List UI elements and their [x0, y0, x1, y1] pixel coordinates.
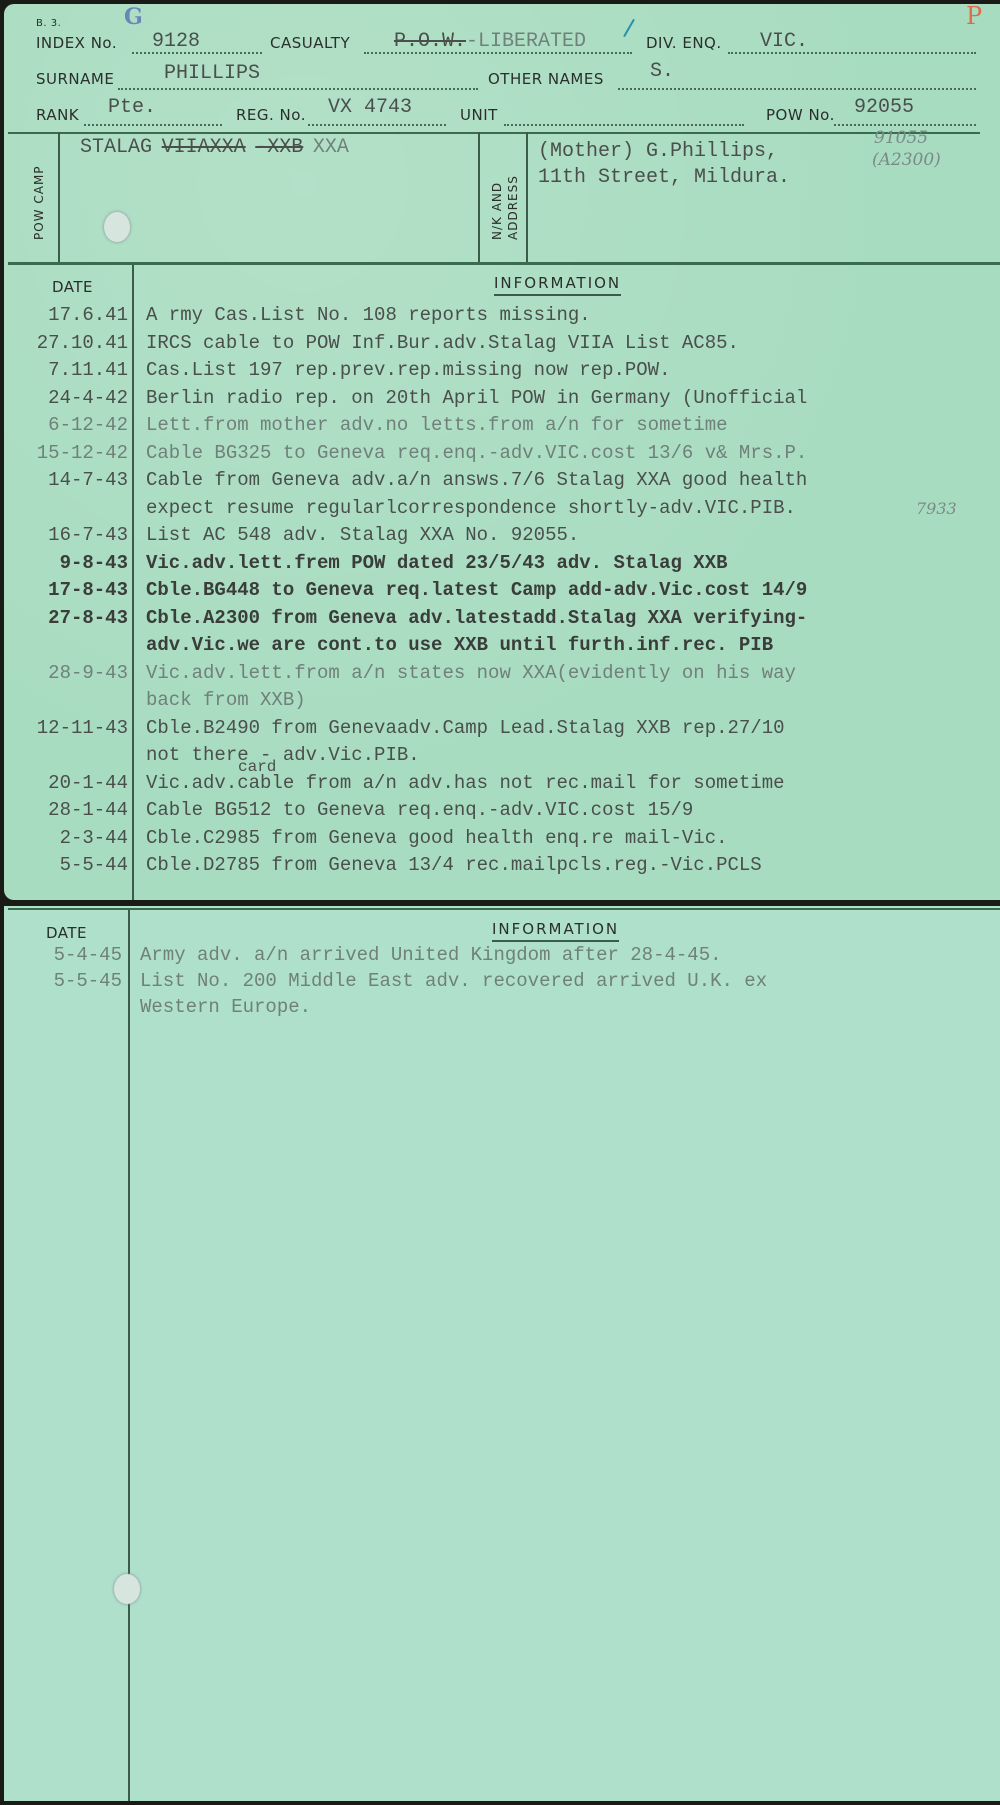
entry-text: not there - adv.Vic.PIB.: [146, 744, 420, 766]
rank-label: RANK: [36, 106, 79, 124]
divider-address-right: [526, 132, 528, 262]
pow-no-dots: [834, 124, 976, 126]
entry-date: 24-4-42: [4, 387, 128, 409]
entry-text: Cble.C2985 from Geneva good health enq.r…: [146, 827, 728, 849]
surname-label: SURNAME: [36, 70, 114, 88]
blue-check-mark: [623, 19, 635, 37]
entry-date: 5-5-45: [4, 970, 122, 992]
entry-text: Cable BG325 to Geneva req.enq.-adv.VIC.c…: [146, 442, 807, 464]
entry-text: Lett.from mother adv.no letts.from a/n f…: [146, 414, 728, 436]
form-code: B. 3.: [36, 18, 61, 29]
entry-text: back from XXB): [146, 689, 306, 711]
entry-text: IRCS cable to POW Inf.Bur.adv.Stalag VII…: [146, 332, 739, 354]
casualty-value: -LIBERATED: [466, 30, 586, 53]
nk-and-label: N/K AND: [490, 182, 504, 240]
entry-date: 28-9-43: [4, 662, 128, 684]
pow-no-label: POW No.: [766, 106, 835, 124]
entry-text: Cable BG512 to Geneva req.enq.-adv.VIC.c…: [146, 799, 693, 821]
entry-date: 14-7-43: [4, 469, 128, 491]
entry-text: List No. 200 Middle East adv. recovered …: [140, 970, 767, 992]
unit-dots: [504, 124, 744, 126]
other-names-label: OTHER NAMES: [488, 70, 604, 88]
divider-date-2: [128, 910, 130, 1801]
entry-text: Vic.adv.lett.frem POW dated 23/5/43 adv.…: [146, 552, 728, 574]
entry-date: 17-8-43: [4, 579, 128, 601]
other-names-dots: [618, 88, 976, 90]
entry-text: Cble.A2300 from Geneva adv.latestadd.Sta…: [146, 607, 807, 629]
pow-camp-current: XXA: [313, 136, 349, 159]
pow-camp-struck-2: XXA: [210, 136, 246, 159]
div-enq-value: VIC.: [760, 30, 808, 53]
entry-text: Western Europe.: [140, 996, 311, 1018]
punch-hole-2: [114, 1574, 140, 1604]
reg-no-value: VX 4743: [328, 96, 412, 119]
divider-top-2: [8, 908, 1000, 910]
divider-camp-label: [58, 132, 60, 262]
entry-text: Cble.B2490 from Genevaadv.Camp Lead.Stal…: [146, 717, 785, 739]
divider-date: [132, 265, 134, 900]
nk-address-line-2: 11th Street, Mildura.: [538, 166, 790, 189]
pow-camp-value: STALAG VIIAXXA -XXB XXA: [80, 136, 349, 159]
handwritten-note-2: (A2300): [872, 150, 941, 170]
index-letter: G: [124, 4, 143, 30]
entry-handwritten-note: 7933: [916, 499, 957, 518]
surname-value: PHILLIPS: [164, 62, 260, 85]
entry-date: 17.6.41: [4, 304, 128, 326]
entry-date: 27-8-43: [4, 607, 128, 629]
entry-date: 9-8-43: [4, 552, 128, 574]
entry-text: List AC 548 adv. Stalag XXA No. 92055.: [146, 524, 579, 546]
date-header: DATE: [52, 278, 93, 296]
entry-date: 5-5-44: [4, 854, 128, 876]
pow-camp-label: POW CAMP: [32, 165, 46, 240]
entry-date: 7.11.41: [4, 359, 128, 381]
entry-date: 6-12-42: [4, 414, 128, 436]
entry-text: Cable from Geneva adv.a/n answs.7/6 Stal…: [146, 469, 807, 491]
divider-info: [8, 262, 1000, 265]
entry-text: Vic.adv.lett.from a/n states now XXA(evi…: [146, 662, 796, 684]
entry-text: Berlin radio rep. on 20th April POW in G…: [146, 387, 807, 409]
divider-top: [8, 132, 980, 134]
entry-date: 27.10.41: [4, 332, 128, 354]
entry-date: 15-12-42: [4, 442, 128, 464]
corner-mark: P: [966, 2, 982, 30]
entry-text: Cas.List 197 rep.prev.rep.missing now re…: [146, 359, 671, 381]
pow-camp-struck-3: -XXB: [255, 136, 303, 159]
reg-no-label: REG. No.: [236, 106, 306, 124]
date-header-2: DATE: [46, 924, 87, 942]
entry-date: 16-7-43: [4, 524, 128, 546]
index-no-label: INDEX No.: [36, 34, 117, 52]
pow-camp-struck-1: VIIA: [162, 136, 210, 159]
reg-no-dots: [308, 124, 446, 126]
handwritten-note-1: 91055: [874, 128, 928, 148]
casualty-struck-value: P.O.W.: [394, 30, 466, 53]
entry-date: 5-4-45: [4, 944, 122, 966]
entry-date: 12-11-43: [4, 717, 128, 739]
entry-date: 2-3-44: [4, 827, 128, 849]
rank-value: Pte.: [108, 96, 156, 119]
entry-date: 20-1-44: [4, 772, 128, 794]
entry-text: A rmy Cas.List No. 108 reports missing.: [146, 304, 591, 326]
pow-camp-prefix: STALAG: [80, 136, 152, 159]
record-card-back: DATE INFORMATION 5-4-45Army adv. a/n arr…: [4, 906, 1000, 1801]
entry-insertion: card: [238, 758, 276, 776]
casualty-label: CASUALTY: [270, 34, 350, 52]
entry-text: Cble.D2785 from Geneva 13/4 rec.mailpcls…: [146, 854, 762, 876]
other-names-value: S.: [650, 60, 674, 83]
pow-no-value: 92055: [854, 96, 914, 119]
information-header: INFORMATION: [494, 274, 621, 296]
punch-hole: [104, 212, 130, 242]
divider-address-left: [478, 132, 480, 262]
nk-address-line-1: (Mother) G.Phillips,: [538, 140, 778, 163]
information-header-2: INFORMATION: [492, 920, 619, 942]
unit-label: UNIT: [460, 106, 498, 124]
entry-text: Cble.BG448 to Geneva req.latest Camp add…: [146, 579, 807, 601]
entry-date: 28-1-44: [4, 799, 128, 821]
entry-text: expect resume regularlcorrespondence sho…: [146, 497, 796, 519]
entry-text: adv.Vic.we are cont.to use XXB until fur…: [146, 634, 773, 656]
address-label: ADDRESS: [506, 175, 520, 240]
index-no-value: 9128: [152, 30, 200, 53]
surname-dots: [118, 88, 478, 90]
rank-dots: [84, 124, 222, 126]
div-enq-label: DIV. ENQ.: [646, 34, 722, 52]
entry-text: Army adv. a/n arrived United Kingdom aft…: [140, 944, 722, 966]
record-card-front: B. 3. G INDEX No. 9128 CASUALTY P.O.W. -…: [4, 4, 1000, 900]
